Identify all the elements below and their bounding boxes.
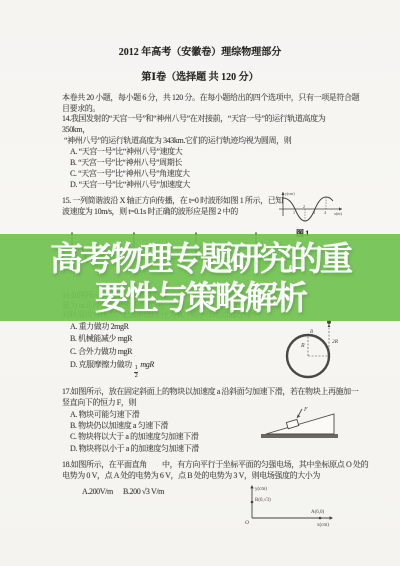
height-2r-label: 2R	[332, 339, 339, 345]
q14-line-3: “神州八号”的运行轨道高度为 343km.它们的运行轨迹均视为圆周，则	[64, 136, 291, 146]
q14-option-a: A. “天宫一号”比“神州八号”速度大	[70, 147, 182, 157]
wave-figure-1: y(cm) x(m) 1 2 3 4	[276, 189, 348, 229]
intro-line-2: 目要求的。	[62, 104, 100, 114]
q17-option-a: A. 物块可能匀速下滑	[70, 410, 139, 420]
q17-option-c: C. 物块将以大于 a 的加速度匀加速下滑	[70, 432, 199, 442]
q16-option-d-text: D. 克服摩擦力做功	[70, 360, 132, 369]
section-heading: 第Ⅰ卷（选择题 共 120 分）	[0, 73, 400, 83]
fig1-y-label: y(cm)	[285, 191, 295, 196]
q16-option-d: D. 克服摩擦力做功12mgR	[70, 360, 154, 379]
exam-title: 2012 年高考（安徽卷）理综物理部分	[0, 48, 400, 58]
fig1-tick-1: 1	[293, 210, 295, 215]
circular-track-figure: R 2R B	[283, 314, 343, 388]
q17-line-2: 竖直向下的恒力 F，则	[62, 398, 136, 408]
ground-strip	[261, 434, 338, 438]
q17-option-d: D. 物块将以小于 a 的加速度匀加速下滑	[70, 444, 199, 454]
point-b-label: B	[310, 330, 313, 335]
q18-line-1: 18.如图所示，在平面直角 中，有方向平行于坐标平面的匀强电场，其中坐标原点 O…	[62, 460, 368, 470]
x-axis-arrow-icon	[330, 516, 333, 519]
origin-label: O	[245, 520, 249, 526]
point-a-coord-label: A(6,0)	[311, 510, 325, 515]
radius-label: R	[300, 343, 305, 349]
banner-title-line-1: 高考物理专题研究的重	[50, 239, 350, 278]
scanned-exam-page: 2012 年高考（安徽卷）理综物理部分 第Ⅰ卷（选择题 共 120 分） 本卷共…	[0, 0, 400, 566]
incline-figure: F	[258, 402, 343, 444]
q14-option-d: D. “天宫一号”比“神州八号”加速度大	[70, 180, 190, 190]
coordinate-figure: y(cm) B(0,√3) A(6,0) x(cm) O	[240, 480, 340, 530]
fig1-tick-2: 2	[303, 204, 305, 209]
x-axis-label: x(cm)	[317, 523, 329, 528]
fig1-tick-3: 3	[313, 210, 315, 215]
q16-option-d-mgr: mgR	[140, 360, 153, 369]
q15-line-1: 15. 一列简谐波沿 X 轴正方向传播，在 t=0 时波形如图 1 所示，已知	[62, 196, 283, 206]
q18-option-b: B.200 √3 V/m	[123, 487, 164, 497]
q18-option-a: A.200V/m	[82, 487, 113, 497]
fig1-tick-4: 4	[324, 210, 326, 215]
banner-title-line-2: 要性与策略解析	[95, 278, 305, 317]
q14-option-b: B. “天宫一号”比“神州八号”周期长	[70, 158, 182, 168]
q16-option-b: B. 机械能减少 mgR	[70, 334, 132, 344]
point-a-dot	[319, 517, 322, 520]
q15-line-2: 波速度为 10m/s，则 t=0.1s 时正确的波形应是图 2 中的	[62, 207, 238, 217]
q17-option-b: B. 物块仍以加速度 a 匀速下滑	[70, 421, 168, 431]
q16-option-c: C. 合外力做功 mgR	[70, 347, 132, 357]
fraction-one-half: 12	[134, 365, 139, 379]
point-b-dot	[251, 501, 254, 504]
fig1-x-label: x(m)	[334, 211, 342, 216]
q14-option-c: C. “天宫一号”比“神州八号”角速度大	[70, 169, 190, 179]
y-axis-label: y(cm)	[255, 487, 267, 492]
q17-line-1: 17.如图所示，放在固定斜面上的物块以加速度 a 沿斜面匀加速下滑，若在物块上再…	[62, 387, 358, 397]
q16-option-a: A. 重力做功 2mgR	[70, 322, 129, 332]
y-axis-arrow-icon	[250, 485, 253, 488]
intro-line-1: 本卷共 20 小题，每小题 6 分，共 120 分。在每小题给出的四个选项中，只…	[62, 93, 359, 103]
q14-line-1: 14.我国发射的“天宫一号”和“神州八号”在对接前，“天宫一号”的运行轨道高度为	[62, 114, 325, 124]
point-b-coord-label: B(0,√3)	[255, 497, 271, 503]
force-f-label: F	[303, 407, 308, 413]
overlay-banner: 高考物理专题研究的重 要性与策略解析	[0, 234, 400, 321]
q14-line-2: 350km，	[62, 125, 90, 135]
